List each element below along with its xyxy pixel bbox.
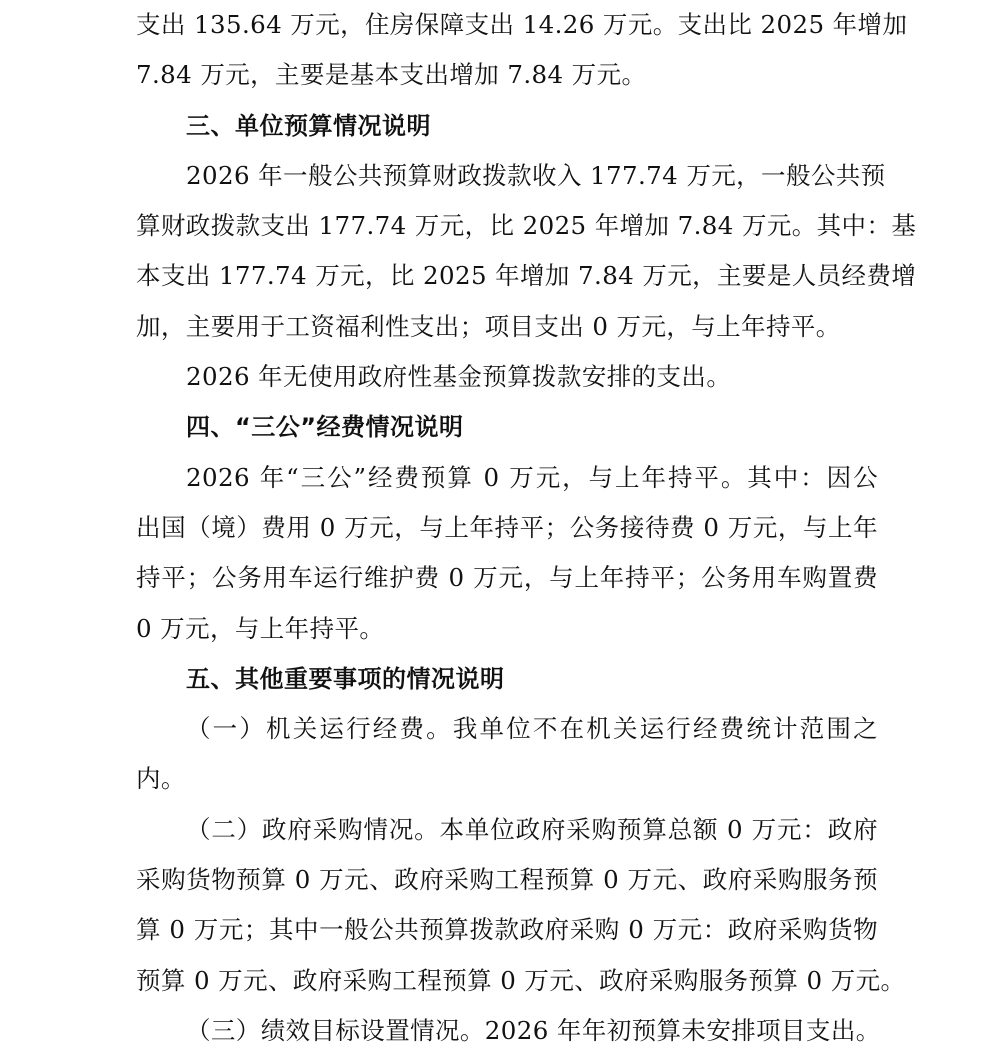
text-line: 2026 年无使用政府性基金预算拨款安排的支出。: [136, 352, 878, 402]
paragraph-government-fund: 2026 年无使用政府性基金预算拨款安排的支出。: [136, 352, 878, 402]
section-heading-unit-budget: 三、单位预算情况说明: [136, 101, 878, 151]
paragraph-expenditure-continuation: 支出 135.64 万元，住房保障支出 14.26 万元。支出比 2025 年增…: [136, 0, 878, 101]
text-line: 加，主要用于工资福利性支出；项目支出 0 万元，与上年持平。: [136, 302, 878, 352]
text-line: 算财政拨款支出 177.74 万元，比 2025 年增加 7.84 万元。其中：…: [136, 201, 878, 251]
text-line: 0 万元，与上年持平。: [136, 604, 878, 654]
text-line: （一）机关运行经费。我单位不在机关运行经费统计范围之: [136, 704, 878, 754]
paragraph-government-procurement: （二）政府采购情况。本单位政府采购预算总额 0 万元：政府 采购货物预算 0 万…: [136, 805, 878, 1006]
text-line: 2026 年一般公共预算财政拨款收入 177.74 万元，一般公共预: [136, 151, 878, 201]
text-line: 算 0 万元；其中一般公共预算拨款政府采购 0 万元：政府采购货物: [136, 905, 878, 955]
text-line: （三）绩效目标设置情况。2026 年年初预算未安排项目支出。: [136, 1006, 878, 1056]
text-line: 内。: [136, 754, 878, 804]
text-line: 2026 年“三公”经费预算 0 万元，与上年持平。其中：因公: [136, 453, 878, 503]
text-line: 支出 135.64 万元，住房保障支出 14.26 万元。支出比 2025 年增…: [136, 0, 878, 50]
paragraph-performance-targets: （三）绩效目标设置情况。2026 年年初预算未安排项目支出。: [136, 1006, 878, 1056]
section-heading-three-public-expenses: 四、“三公”经费情况说明: [136, 402, 878, 452]
text-line: 本支出 177.74 万元，比 2025 年增加 7.84 万元，主要是人员经费…: [136, 251, 878, 301]
paragraph-general-public-budget: 2026 年一般公共预算财政拨款收入 177.74 万元，一般公共预 算财政拨款…: [136, 151, 878, 352]
paragraph-operating-expenses: （一）机关运行经费。我单位不在机关运行经费统计范围之 内。: [136, 704, 878, 805]
text-line: 7.84 万元，主要是基本支出增加 7.84 万元。: [136, 50, 878, 100]
text-line: （二）政府采购情况。本单位政府采购预算总额 0 万元：政府: [136, 805, 878, 855]
text-line: 出国（境）费用 0 万元，与上年持平；公务接待费 0 万元，与上年: [136, 503, 878, 553]
text-line: 采购货物预算 0 万元、政府采购工程预算 0 万元、政府采购服务预: [136, 855, 878, 905]
paragraph-three-public-expenses: 2026 年“三公”经费预算 0 万元，与上年持平。其中：因公 出国（境）费用 …: [136, 453, 878, 654]
text-line: 持平；公务用车运行维护费 0 万元，与上年持平；公务用车购置费: [136, 553, 878, 603]
text-line: 预算 0 万元、政府采购工程预算 0 万元、政府采购服务预算 0 万元。: [136, 956, 878, 1006]
section-heading-other-matters: 五、其他重要事项的情况说明: [136, 654, 878, 704]
document-page: 支出 135.64 万元，住房保障支出 14.26 万元。支出比 2025 年增…: [136, 0, 878, 1056]
